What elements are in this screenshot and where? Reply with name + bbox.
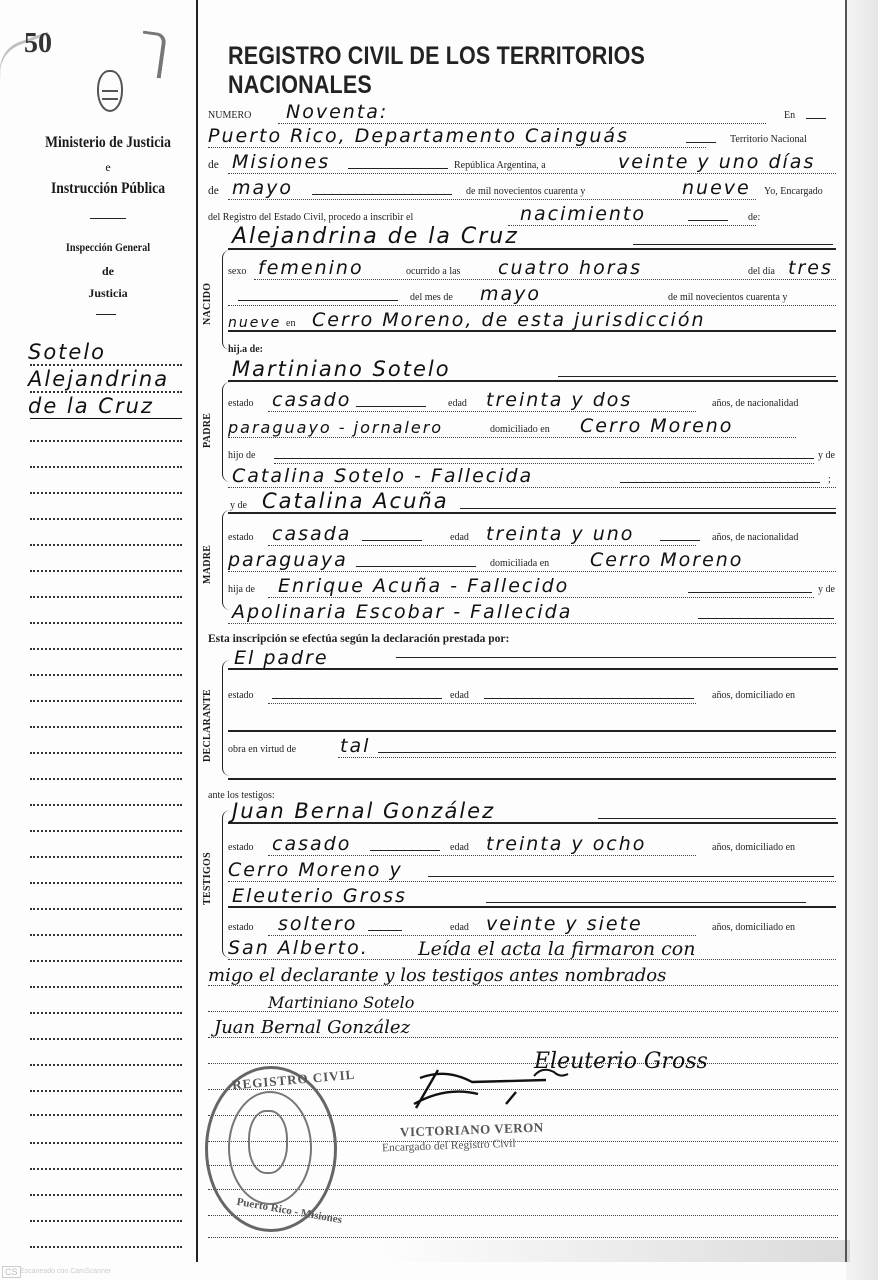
witness2-domicilio-value: San Alberto. [228,937,369,959]
witness1-domicilio-row: Cerro Moreno y [228,858,836,882]
hijo-label: hijo de [228,450,256,461]
margin-line [30,570,182,572]
padre-edad-value: treinta y dos [486,389,632,411]
province-row: de Misiones República Argentina, a veint… [208,150,836,174]
margin-line [30,391,182,393]
padre-madre-row: Catalina Sotelo - Fallecida ; [228,464,836,488]
closing-line2: migo el declarante y los testigos antes … [208,965,666,986]
nacido-year-value: nueve [228,315,281,331]
margin-line [30,466,182,468]
margin-line [30,830,182,832]
inspection-line1: Inspección General [33,240,183,255]
margin-line [30,440,182,442]
en-label: En [784,110,795,121]
page-bottom-shadow [380,1240,850,1262]
edad-label: edad [450,922,469,933]
ministry-line1: Ministerio de Justicia [31,134,186,152]
civil-registry-document: 50 Ministerio de Justicia e Instrucción … [0,0,878,1280]
domicilio-label: domiciliado en [490,424,550,435]
hija-row: hij.a de: [228,334,428,358]
divider [96,314,116,315]
estado-label: estado [228,398,254,409]
nacido-en-label: en [286,318,295,329]
scanner-badge-icon: CS [2,1266,21,1278]
nacido-day-value: tres [788,257,833,279]
signature-row1: Martiniano Sotelo [208,988,838,1012]
signature-row2: Juan Bernal González [208,1014,838,1038]
margin-line [30,856,182,858]
padre-section-label: PADRE [202,413,213,448]
margin-registrant-surname: Sotelo [28,340,106,364]
y-de-label: y de [818,450,835,461]
nacido-month-row: del mes de mayo de mil novecientos cuare… [228,282,836,306]
witness1-name: Juan Bernal González [232,799,495,823]
act-type-value: nacimiento [520,203,646,225]
padre-domicilio-value: Cerro Moreno [580,415,733,437]
signature-juan: Juan Bernal González [214,1017,410,1038]
declarante-value: El padre [234,647,329,669]
hija-label: hija de [228,584,255,595]
madre-hija-row: hija de Enrique Acuña - Fallecido y de [228,574,836,598]
witness1-edad-value: treinta y ocho [486,833,646,855]
margin-line [30,700,182,702]
year-label: de mil novecientos cuarenta y [466,186,585,197]
padre-nacionalidad-value: paraguayo - jornalero [228,418,443,437]
margin-registrant-given2: de la Cruz [28,394,154,418]
registro-label: del Registro del Estado Civil, procedo a… [208,212,413,223]
page-edge-shadow [846,0,878,1280]
witness1-domicilio-value: Cerro Moreno y [228,859,403,881]
madre-estado-value: casada [272,523,351,545]
nacido-year-label: de mil novecientos cuarenta y [668,292,787,303]
signature-martiniano: Martiniano Sotelo [268,993,414,1012]
margin-line [30,882,182,884]
estado-label: estado [228,842,254,853]
registrar-signature-icon [406,1064,576,1114]
margin-divider [196,0,198,1262]
day-value: veinte y uno días [618,151,815,173]
month-value: mayo [232,177,293,199]
folio-number: 50 [24,28,52,60]
territorio-label: Territorio Nacional [730,134,807,145]
witness2-name: Eleuterio Gross [232,885,407,907]
declarante-estado-row: estado edad años, domiciliado en [228,680,836,704]
madre-padre-value: Enrique Acuña - Fallecido [278,575,569,597]
nacido-month-value: mayo [480,283,541,305]
margin-line [30,622,182,624]
declarante-domicilio-row [228,708,836,732]
margin-line [30,804,182,806]
closing-line1: Leída el acta la firmaron con [418,938,695,960]
margin-line [30,596,182,598]
mes-label: del mes de [410,292,453,303]
testigos-section-label: TESTIGOS [202,852,213,905]
edad-label: edad [448,398,467,409]
year-value: nueve [682,177,751,199]
margin-line [30,1090,182,1092]
declaracion-intro: Esta inscripción se efectúa según la dec… [208,633,509,645]
madre-nacionalidad-value: paraguaya [228,549,348,571]
numero-label: NUMERO [208,110,251,121]
margin-line [30,960,182,962]
de-colon-label: de: [748,212,760,223]
ministry-line2: Instrucción Pública [31,180,186,198]
margin-line [30,752,182,754]
coat-of-arms-icon [97,70,123,112]
madre-madre-value: Apolinaria Escobar - Fallecida [232,601,572,623]
anos-label: años, domiciliado en [712,690,795,701]
madre-estado-row: estado casada edad treinta y uno años, d… [228,522,836,546]
margin-line [30,1142,182,1144]
obra-label: obra en virtud de [228,744,296,755]
edad-label: edad [450,842,469,853]
edad-label: edad [450,690,469,701]
margin-line [30,1168,182,1170]
witness2-name-row: Eleuterio Gross [228,884,836,908]
estado-label: estado [228,922,254,933]
nacido-place-value: Cerro Moreno, de esta jurisdicción [312,309,706,331]
margin-line [30,1012,182,1014]
scanner-watermark: Escaneado con CamScanner [20,1268,111,1275]
padre-hijo-row: hijo de y de [228,440,836,464]
sexo-value: femenino [258,257,364,279]
declarante-blank-row [228,756,836,780]
inspection-line2: de [20,264,196,279]
margin-line [30,778,182,780]
padre-madre-value: Catalina Sotelo - Fallecida [232,465,533,487]
document-title: REGISTRO CIVIL DE LOS TERRITORIOS NACION… [228,42,787,100]
closing-row2: migo el declarante y los testigos antes … [208,962,838,986]
anos-label: años, de nacionalidad [712,532,798,543]
place-row: Puerto Rico, Departamento Cainguás Terri… [208,124,836,148]
margin-line [30,908,182,910]
numero-row: NUMERO Noventa: En [208,100,836,124]
y-de-label: y de [230,500,247,511]
domicilio-label: domiciliada en [490,558,549,569]
madre-name-value: Catalina Acuña [262,489,449,513]
madre-name-row: y de Catalina Acuña [228,490,836,514]
hija-label: hij.a de: [228,344,263,355]
sexo-label: sexo [228,266,246,277]
witness1-name-row: Juan Bernal González [228,800,838,824]
edad-label: edad [450,532,469,543]
anos-label: años, de nacionalidad [712,398,798,409]
place-value: Puerto Rico, Departamento Cainguás [208,125,629,147]
witness2-estado-row: estado soltero edad veinte y siete años,… [228,912,836,936]
witness2-estado-value: soltero [278,913,357,935]
signature-row3: Eleuterio Gross [208,1040,838,1064]
estado-label: estado [228,532,254,543]
seal-emblem-icon [248,1110,288,1174]
numero-value: Noventa: [286,101,388,123]
nacido-name-value: Alejandrina de la Cruz [232,224,519,249]
nacido-name-row: Alejandrina de la Cruz [228,226,836,250]
madre-domicilio-value: Cerro Moreno [590,549,743,571]
month-row: de mayo de mil novecientos cuarenta y nu… [208,176,836,200]
margin-line [30,492,182,494]
de-label: de [208,185,219,197]
pen-mark [137,31,167,79]
nacido-section-label: NACIDO [202,283,213,325]
margin-line [30,648,182,650]
sexo-row: sexo femenino ocurrido a las cuatro hora… [228,256,836,280]
declarante-obra-row: obra en virtud de tal [228,734,836,758]
province-value: Misiones [232,151,330,173]
ocurrido-label: ocurrido a las [406,266,460,277]
witness2-domicilio-row: San Alberto. Leída el acta la firmaron c… [228,936,836,960]
margin-line [30,674,182,676]
hour-value: cuatro horas [498,257,642,279]
inspection-line3: Justicia [20,286,196,301]
padre-name-row: Martiniano Sotelo [228,358,838,382]
madre-edad-value: treinta y uno [486,523,634,545]
declarante-name-row: El padre [228,646,838,670]
yo-label: Yo, Encargado [764,186,823,197]
margin-line [30,518,182,520]
margin-line [30,986,182,988]
margin-registrant-given1: Alejandrina [28,367,169,391]
padre-name-value: Martiniano Sotelo [232,357,451,381]
margin-line [30,1220,182,1222]
witness1-estado-value: casado [272,833,351,855]
padre-nacionalidad-row: paraguayo - jornalero domiciliado en Cer… [228,414,836,438]
declaracion-intro-row: Esta inscripción se efectúa según la dec… [208,624,828,648]
padre-estado-value: casado [272,389,351,411]
margin-line [30,1194,182,1196]
estado-label: estado [228,690,254,701]
act-type-row: del Registro del Estado Civil, procedo a… [208,202,836,226]
y-de-label: y de [818,584,835,595]
margin-line [30,726,182,728]
witness2-edad-value: veinte y siete [486,913,643,935]
madre-section-label: MADRE [202,545,213,584]
margin-line [30,1114,182,1116]
margin-line [30,364,182,366]
madre-madre-row: Apolinaria Escobar - Fallecida [228,600,836,624]
margin-line [30,934,182,936]
madre-nacionalidad-row: paraguaya domiciliada en Cerro Moreno [228,548,836,572]
margin-line [30,418,182,419]
de-label: de [208,159,219,171]
republica-label: República Argentina, a [454,160,546,171]
page-right-border [845,0,847,1262]
margin-line [30,1038,182,1040]
anos-label: años, domiciliado en [712,842,795,853]
anos-label: años, domiciliado en [712,922,795,933]
divider [90,218,126,219]
declarante-section-label: DECLARANTE [202,689,213,762]
margin-line [30,1064,182,1066]
witness1-estado-row: estado casado edad treinta y ocho años, … [228,832,836,856]
dia-label: del día [748,266,775,277]
ministry-conj: e [20,160,196,175]
padre-estado-row: estado casado edad treinta y dos años, d… [228,388,836,412]
margin-line [30,544,182,546]
margin-line [30,1246,182,1248]
obra-value: tal [340,735,370,757]
nacido-place-row: nueve en Cerro Moreno, de esta jurisdicc… [228,308,836,332]
